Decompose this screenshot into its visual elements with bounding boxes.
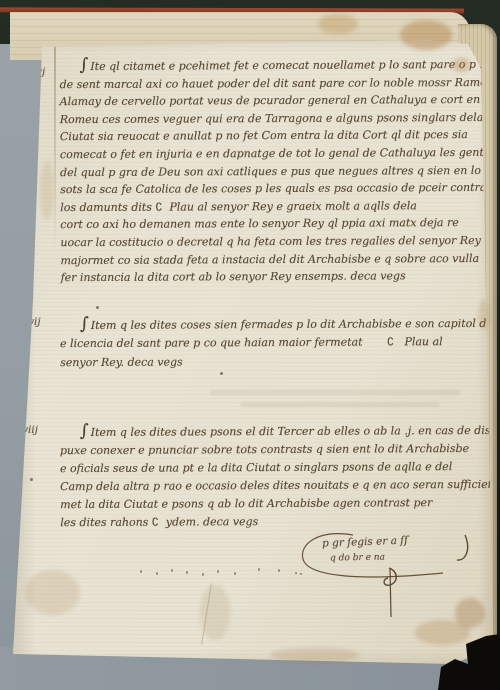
manuscript-text-line: Camp dela altra p rao e occasio deles di… bbox=[60, 476, 470, 496]
show-through-dot bbox=[258, 568, 260, 571]
manuscript-text-line: los damunts dits ∁ Plau al senyor Rey e … bbox=[60, 197, 470, 217]
paragraph-3: ∫Item q les dites dues psons el dit Terc… bbox=[60, 420, 471, 532]
initial-stroke: ∫ bbox=[79, 55, 88, 75]
manuscript-text-line: ∫Item q les dites coses sien fermades p … bbox=[60, 313, 470, 336]
show-through-dot bbox=[217, 570, 219, 573]
foxing-stain bbox=[318, 14, 358, 34]
manuscript-text-line: met la dita Ciutat e psons q ab lo dit A… bbox=[60, 494, 470, 514]
show-through-smudge bbox=[240, 402, 440, 407]
show-through-dot bbox=[140, 570, 142, 573]
manuscript-text-line: ∫Ite ql citamet e pcehimet fet e comecat… bbox=[59, 55, 469, 76]
ink-speck bbox=[220, 372, 223, 375]
initial-stroke: ∫ bbox=[80, 314, 89, 334]
manuscript-text-line: Romeu ces comes veguer qui era de Tarrag… bbox=[60, 109, 470, 129]
manuscript-photo: vj ∫Ite ql citamet e pcehimet fet e come… bbox=[0, 0, 500, 690]
manuscript-text-line: fer instancia la dita cort ab lo senyor … bbox=[61, 267, 471, 287]
page-crease bbox=[54, 46, 56, 251]
foxing-stain bbox=[25, 570, 80, 615]
show-through-dot bbox=[171, 569, 173, 572]
manuscript-text-line: Alamay de cervello portat veus de pcurad… bbox=[60, 91, 470, 111]
manuscript-text-line: e licencia del sant pare p co que haian … bbox=[60, 333, 470, 354]
show-through-dot bbox=[186, 571, 188, 574]
manuscript-text-line: comecat o fet en injuria e en dapnatge d… bbox=[60, 144, 470, 164]
paragraph-2: ∫Item q les dites coses sien fermades p … bbox=[60, 313, 470, 372]
signature-line-2: q do br e na bbox=[330, 553, 385, 564]
ink-speck bbox=[96, 306, 99, 309]
manuscript-text-line: cort co axi ho demanen mas ente lo senyo… bbox=[60, 214, 470, 234]
paragraph-1: ∫Ite ql citamet e pcehimet fet e comecat… bbox=[59, 55, 470, 287]
manuscript-text-line: puxe conexer e pnunciar sobre tots contr… bbox=[60, 440, 470, 460]
show-through-dot bbox=[278, 569, 280, 572]
foxing-stain bbox=[452, 58, 470, 72]
ink-speck bbox=[30, 478, 33, 481]
manuscript-text-line: sots la sca fe Catolica de les coses p l… bbox=[60, 179, 470, 199]
show-through-dot bbox=[202, 573, 204, 576]
manuscript-text-line: de sent marcal axi co hauet poder del di… bbox=[59, 74, 469, 94]
notarial-paraph bbox=[381, 565, 403, 623]
manuscript-page: vj ∫Ite ql citamet e pcehimet fet e come… bbox=[10, 38, 500, 668]
foxing-stain bbox=[270, 648, 360, 662]
manuscript-text-line: uocar la costitucio o decretal q ha feta… bbox=[60, 232, 470, 252]
initial-stroke: ∫ bbox=[80, 421, 89, 441]
manuscript-text-line: e oficials seus de una pt e la dita Ciut… bbox=[60, 458, 470, 478]
foxing-stain bbox=[200, 585, 230, 640]
foxing-stain bbox=[478, 300, 490, 330]
foxing-stain bbox=[455, 598, 485, 628]
foxing-stain bbox=[400, 20, 452, 50]
manuscript-text-line: ∫Item q les dites dues psons el dit Terc… bbox=[60, 420, 470, 442]
manuscript-text-line: del qual p gra de Deu son axi catliques … bbox=[60, 161, 470, 181]
manuscript-text-line: majormet co sia stada feta a instacia de… bbox=[60, 249, 470, 269]
foxing-stain bbox=[40, 160, 54, 220]
manuscript-text-line: senyor Rey. deca vegs bbox=[60, 352, 470, 373]
manuscript-text-line: Ciutat sia reuocat e anullat p no fet Co… bbox=[60, 126, 470, 146]
show-through-dot bbox=[234, 572, 236, 575]
show-through-dot bbox=[156, 572, 158, 575]
show-through-smudge bbox=[210, 390, 460, 395]
